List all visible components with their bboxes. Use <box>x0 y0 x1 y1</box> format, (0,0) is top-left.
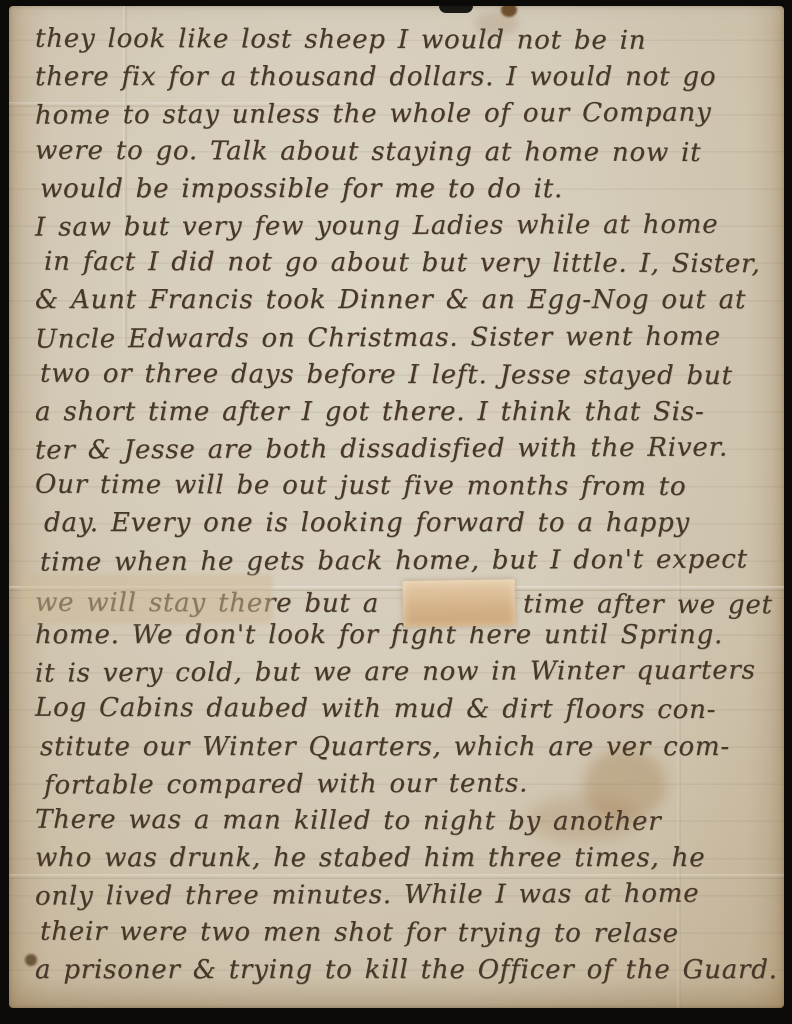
scan-background: they look like lost sheep I would not be… <box>0 0 792 1024</box>
letter-line: fortable compared with our tents. <box>44 764 770 804</box>
tape-repair-patch <box>403 579 516 627</box>
letter-line-after-tape: time after we get <box>523 589 773 620</box>
letter-line: Our time will be out just five months fr… <box>35 467 770 507</box>
letter-line: there fix for a thousand dollars. I woul… <box>35 59 770 96</box>
letter-line: their were two men shot for trying to re… <box>40 913 770 953</box>
letter-line: they look like lost sheep I would not be… <box>35 21 770 61</box>
letter-line: a prisoner & trying to kill the Officer … <box>35 952 770 989</box>
letter-line: I saw but very few young Ladies while at… <box>35 206 770 246</box>
letter-line: in fact I did not go about but very litt… <box>44 244 770 284</box>
letter-line: & Aunt Francis took Dinner & an Egg-Nog … <box>35 282 770 319</box>
tape-residue-fade <box>21 574 273 624</box>
letter-line: ter & Jesse are both dissadisfied with t… <box>35 429 770 469</box>
letter-line: Uncle Edwards on Christmas. Sister went … <box>35 318 770 358</box>
letter-line: were to go. Talk about staying at home n… <box>35 132 770 172</box>
letter-text: they look like lost sheep I would not be… <box>9 6 784 1008</box>
letter-line: would be impossible for me to do it. <box>40 171 770 208</box>
letter-line: who was drunk, he stabed him three times… <box>35 840 770 877</box>
letter-line: home to stay unless the whole of our Com… <box>35 95 770 135</box>
paper-edge-notch <box>439 6 473 13</box>
letter-line: two or three days before I left. Jesse s… <box>40 355 770 395</box>
letter-line: only lived three minutes. While I was at… <box>35 876 770 916</box>
letter-line: a short time after I got there. I think … <box>35 394 770 431</box>
letter-line: day. Every one is looking forward to a h… <box>44 505 770 542</box>
letter-line: stitute our Winter Quarters, which are v… <box>40 729 770 766</box>
letter-page: they look like lost sheep I would not be… <box>9 6 784 1008</box>
letter-line: There was a man killed to night by anoth… <box>35 802 770 842</box>
letter-line: Log Cabins daubed with mud & dirt floors… <box>35 690 770 730</box>
letter-line: it is very cold, but we are now in Winte… <box>35 653 770 693</box>
